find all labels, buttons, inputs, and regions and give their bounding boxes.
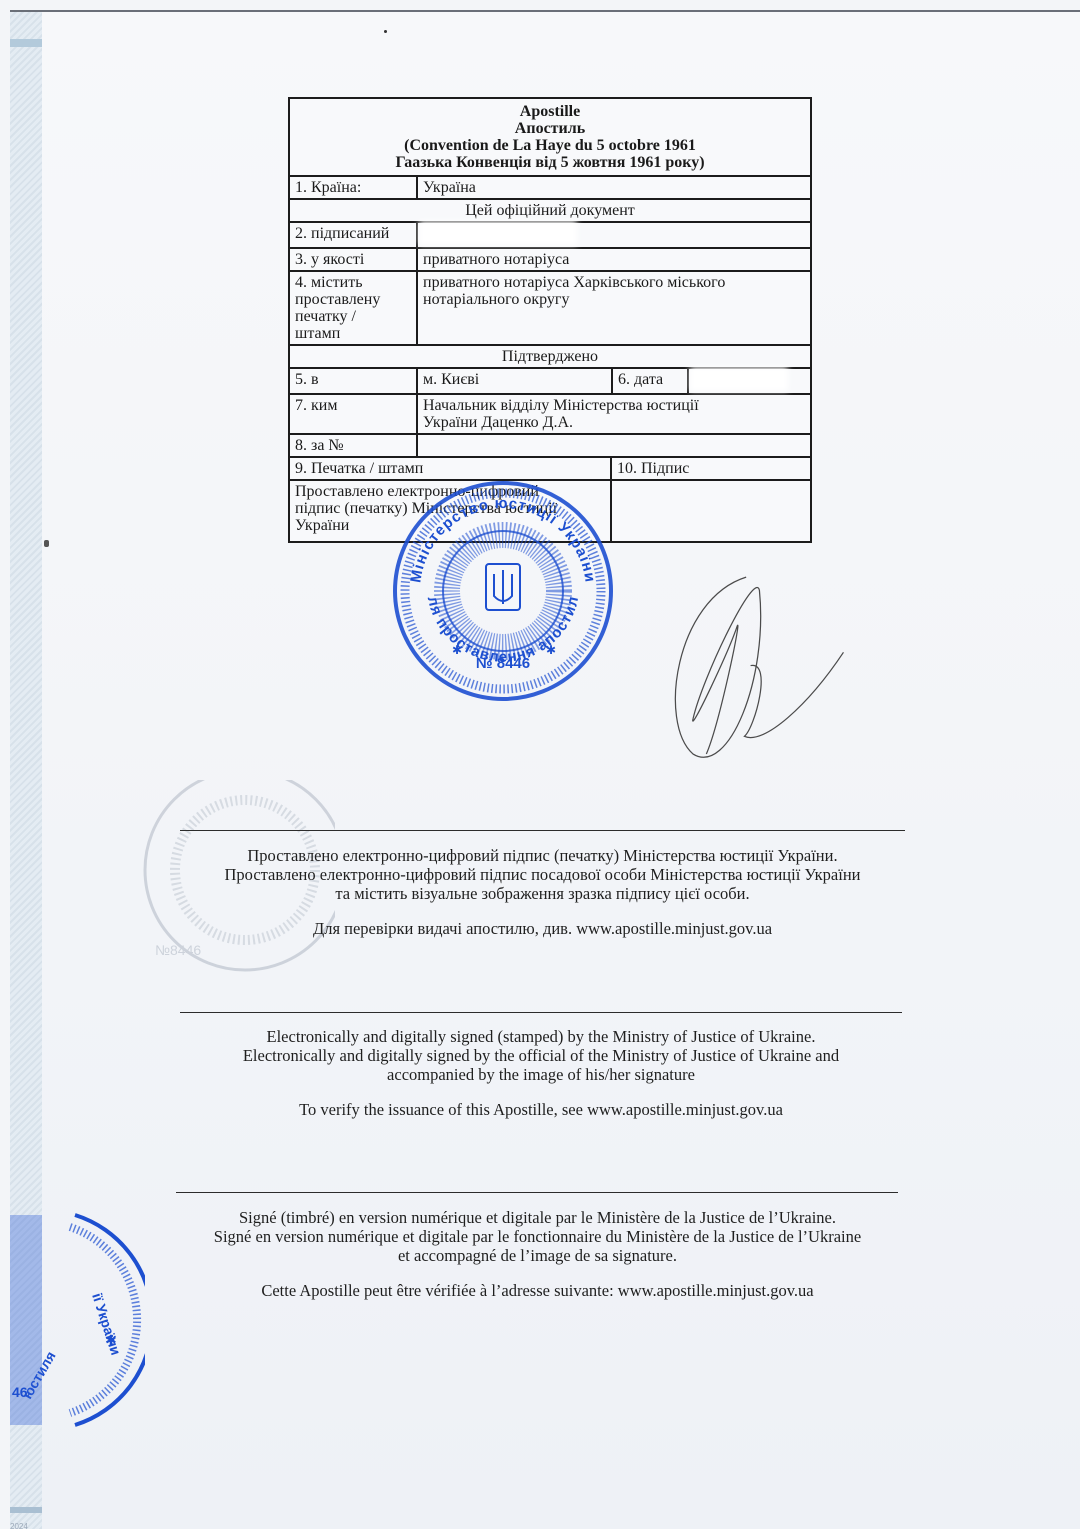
verify-link-text: Для перевірки видачі апостилю, див. www.… <box>180 919 905 938</box>
value-line: Начальник відділу Міністерства юстиції <box>423 397 805 414</box>
svg-text:✱: ✱ <box>546 643 556 657</box>
field-value: м. Києві <box>418 369 613 393</box>
speck <box>384 30 387 33</box>
edge-band <box>10 39 42 47</box>
title-line: Apostille <box>290 103 810 120</box>
field-value: Україна <box>418 177 810 198</box>
field-value-redacted <box>689 369 810 393</box>
field-value: Начальник відділу Міністерства юстиції У… <box>418 395 810 433</box>
footer-line: Проставлено електронно-цифровий підпис (… <box>180 846 905 865</box>
field-value: приватного нотаріуса Харківського місько… <box>418 272 810 344</box>
verify-link-text: To verify the issuance of this Apostille… <box>180 1100 902 1119</box>
value-line: приватного нотаріуса Харківського місько… <box>423 274 805 291</box>
footer-ukrainian: Проставлено електронно-цифровий підпис (… <box>180 846 905 938</box>
section-heading: Підтверджено <box>290 346 810 367</box>
field-label: 4. містить проставлену печатку / штамп <box>290 272 418 344</box>
field-label: 5. в <box>290 369 418 393</box>
label-line: штамп <box>295 325 411 342</box>
svg-text:✱: ✱ <box>452 643 462 657</box>
row-signed-by: 2. підписаний <box>290 223 810 249</box>
field-label: 1. Країна: <box>290 177 418 198</box>
footer-english: Electronically and digitally signed (sta… <box>180 1027 902 1119</box>
divider <box>180 1012 902 1013</box>
title-line: (Convention de La Haye du 5 octobre 1961 <box>290 137 810 154</box>
field-label: 10. Підпис <box>612 458 810 479</box>
apostille-table: Apostille Апостиль (Convention de La Hay… <box>288 97 812 543</box>
title-line: Гаазька Конвенція від 5 жовтня 1961 року… <box>290 154 810 171</box>
svg-text:✱: ✱ <box>105 1334 117 1349</box>
staple-hole <box>44 540 49 547</box>
ministry-stamp-icon: Міністерство юстиції України для простав… <box>390 478 616 704</box>
svg-text:№8446: №8446 <box>155 942 201 958</box>
section-heading: Цей офіційний документ <box>290 200 810 221</box>
row-capacity: 3. у якості приватного нотаріуса <box>290 249 810 272</box>
field-label: 3. у якості <box>290 249 418 270</box>
row-certified-heading: Підтверджено <box>290 346 810 369</box>
edge-band <box>10 1507 42 1513</box>
field-label: 7. ким <box>290 395 418 433</box>
divider <box>176 1192 898 1193</box>
field-value: приватного нотаріуса <box>418 249 810 270</box>
label-line: печатку / <box>295 308 411 325</box>
value-line: нотаріального округу <box>423 291 805 308</box>
svg-text:46: 46 <box>12 1384 28 1400</box>
field-value-redacted <box>418 435 810 456</box>
partial-stamp-icon: ії України ✱ юстиля 46 <box>0 1195 145 1445</box>
footer-line: Signé en version numérique et digitale p… <box>170 1227 905 1246</box>
field-label: 9. Печатка / штамп <box>290 458 612 479</box>
field-label: 6. дата <box>613 369 689 393</box>
footer-line: Electronically and digitally signed by t… <box>180 1046 902 1065</box>
footer-line: Проставлено електронно-цифровий підпис п… <box>180 865 905 884</box>
footer-french: Signé (timbré) en version numérique et d… <box>170 1208 905 1300</box>
footer-line: et accompagné de l’image de sa signature… <box>170 1246 905 1265</box>
signature-cell <box>612 481 810 541</box>
label-line: проставлену <box>295 291 411 308</box>
footer-line: та містить візуальне зображення зразка п… <box>180 884 905 903</box>
handwritten-signature-icon <box>640 565 870 775</box>
row-seal: 4. містить проставлену печатку / штамп п… <box>290 272 810 346</box>
row-document-heading: Цей офіційний документ <box>290 200 810 223</box>
footer-line: Electronically and digitally signed (sta… <box>180 1027 902 1046</box>
field-label: 2. підписаний <box>290 223 418 247</box>
label-line: 4. містить <box>295 274 411 291</box>
divider <box>180 830 905 831</box>
row-by-whom: 7. ким Начальник відділу Міністерства юс… <box>290 395 810 435</box>
edge-year-text: 2024 <box>10 1522 28 1529</box>
footer-line: accompanied by the image of his/her sign… <box>180 1065 902 1084</box>
svg-text:№ 8446: № 8446 <box>476 655 530 672</box>
field-label: 8. за № <box>290 435 418 456</box>
field-value-redacted <box>418 223 810 247</box>
apostille-header: Apostille Апостиль (Convention de La Hay… <box>290 99 810 177</box>
row-number: 8. за № <box>290 435 810 458</box>
row-country: 1. Країна: Україна <box>290 177 810 200</box>
title-line: Апостиль <box>290 120 810 137</box>
footer-line: Signé (timbré) en version numérique et d… <box>170 1208 905 1227</box>
verify-link-text: Cette Apostille peut être vérifiée à l’a… <box>170 1281 905 1300</box>
row-place-date: 5. в м. Києві 6. дата <box>290 369 810 395</box>
value-line: України Даценко Д.А. <box>423 414 805 431</box>
